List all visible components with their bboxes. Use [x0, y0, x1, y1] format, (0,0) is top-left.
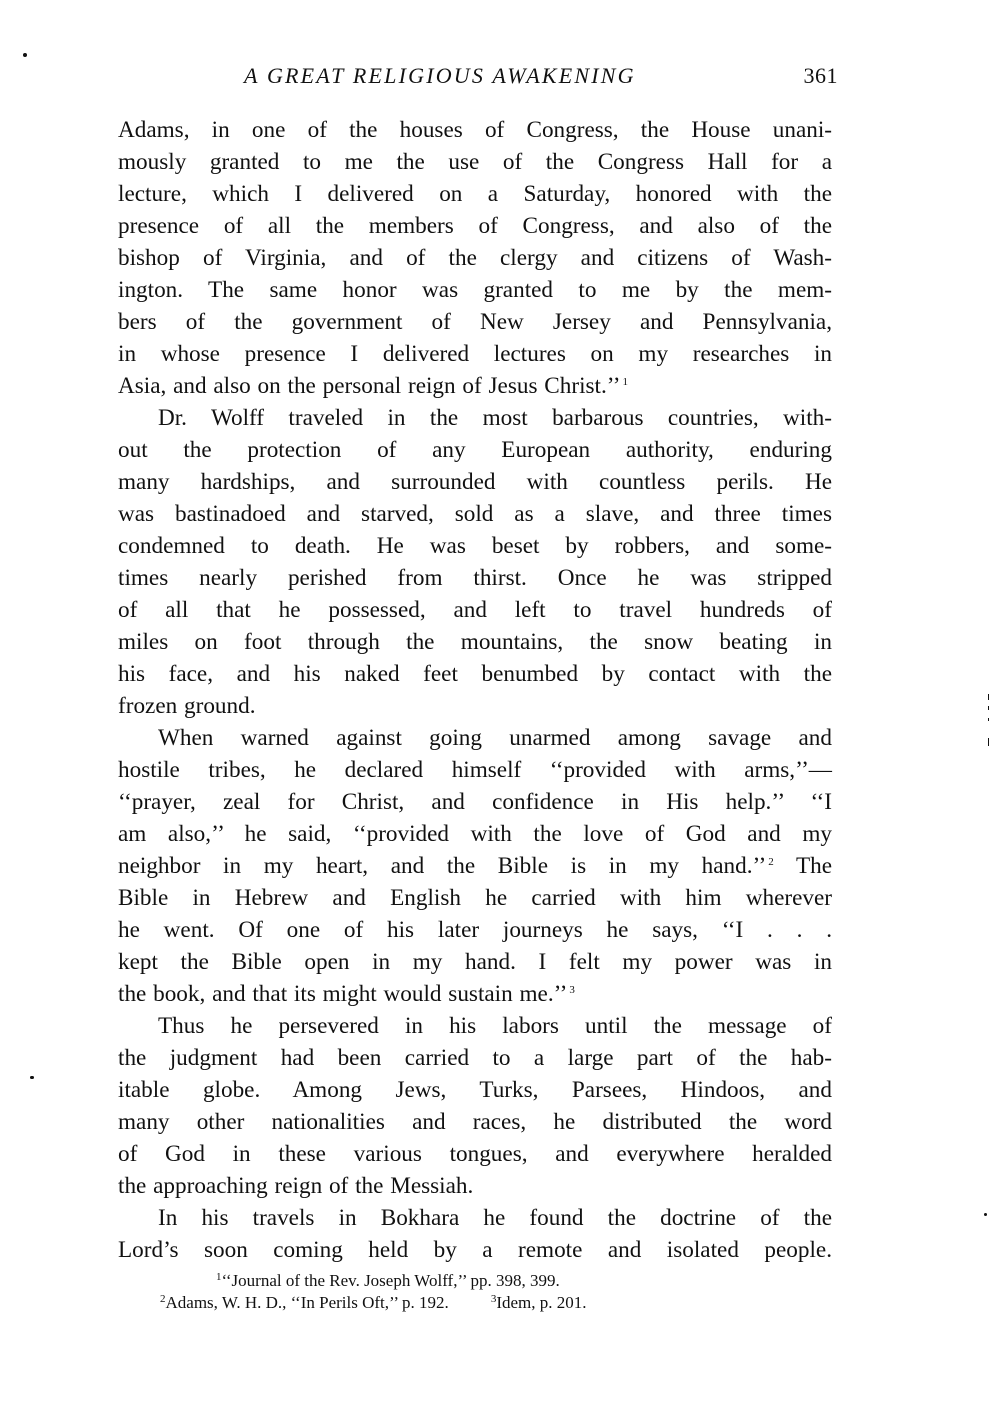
text-segment: Asia, and also on the personal reign of … [118, 373, 621, 399]
page-number: 361 [804, 60, 839, 92]
scan-speck [23, 53, 27, 57]
text-line: kept the Bible open in my hand. I felt m… [118, 946, 832, 978]
scan-speck [984, 1213, 987, 1216]
footnote-1: 1‘‘Journal of the Rev. Joseph Wolff,’’ p… [118, 1270, 832, 1292]
text-line: of all that he possessed, and left to tr… [118, 594, 832, 626]
text-line: neighbor in my heart, and the Bible is i… [118, 850, 832, 882]
footnote-ref: 3 [569, 984, 575, 996]
text-line: When warned against going unarmed among … [118, 722, 832, 754]
text-line: presence of all the members of Congress,… [118, 210, 832, 242]
running-title: A GREAT RELIGIOUS AWAKENING [244, 60, 636, 92]
running-header: A GREAT RELIGIOUS AWAKENING 361 [240, 60, 838, 92]
text-line: was bastinadoed and starved, sold as a s… [118, 498, 832, 530]
paragraph: Adams, in one of the houses of Congress,… [118, 114, 832, 402]
text-line: many other nationalities and races, he d… [118, 1106, 832, 1138]
text-line: the approaching reign of the Messiah. [118, 1170, 832, 1202]
text-line: many hardships, and surrounded with coun… [118, 466, 832, 498]
text-segment: the book, and that its might would susta… [118, 981, 567, 1007]
text-segment: The [796, 853, 832, 879]
text-line: in whose presence I delivered lectures o… [118, 338, 832, 370]
footnote-number: 3 [491, 1293, 497, 1305]
text-line: bers of the government of New Jersey and… [118, 306, 832, 338]
text-line: miles on foot through the mountains, the… [118, 626, 832, 658]
text-line: Bible in Hebrew and English he carried w… [118, 882, 832, 914]
text-line: Dr. Wolff traveled in the most barbarous… [118, 402, 832, 434]
text-line: times nearly perished from thirst. Once … [118, 562, 832, 594]
book-page: A GREAT RELIGIOUS AWAKENING 361 Adams, i… [0, 0, 1000, 1417]
paragraph: Thus he persevered in his labors until t… [118, 1010, 832, 1202]
text-line: In his travels in Bokhara he found the d… [118, 1202, 832, 1234]
text-line: condemned to death. He was beset by robb… [118, 530, 832, 562]
text-line: ington. The same honor was granted to me… [118, 274, 832, 306]
footnote-ref: 1 [623, 376, 629, 388]
text-line: the book, and that its might would susta… [118, 978, 832, 1010]
text-line: am also,’’ he said, ‘‘provided with the … [118, 818, 832, 850]
body-text: Adams, in one of the houses of Congress,… [118, 114, 832, 1266]
text-line: ‘‘prayer, zeal for Christ, and confidenc… [118, 786, 832, 818]
paragraph: Dr. Wolff traveled in the most barbarous… [118, 402, 832, 722]
text-line: frozen ground. [118, 690, 832, 722]
text-line: hostile tribes, he declared himself ‘‘pr… [118, 754, 832, 786]
footnote-text: Adams, W. H. D., ‘‘In Perils Oft,’’ p. 1… [166, 1293, 449, 1312]
paragraph: When warned against going unarmed among … [118, 722, 832, 1010]
text-line: out the protection of any European autho… [118, 434, 832, 466]
text-segment: neighbor in my heart, and the Bible is i… [118, 853, 766, 879]
footnote-number: 1 [216, 1271, 222, 1283]
footnote-number: 2 [160, 1293, 166, 1305]
text-line: his face, and his naked feet benumbed by… [118, 658, 832, 690]
scan-speck [988, 694, 989, 700]
text-line: lecture, which I delivered on a Saturday… [118, 178, 832, 210]
footnote-ref: 2 [768, 856, 774, 868]
text-line: of God in these various tongues, and eve… [118, 1138, 832, 1170]
scan-speck [988, 718, 989, 721]
text-line: Lord’s soon coming held by a remote and … [118, 1234, 832, 1266]
text-line: bishop of Virginia, and of the clergy an… [118, 242, 832, 274]
text-line: he went. Of one of his later journeys he… [118, 914, 832, 946]
scan-speck [988, 706, 989, 710]
text-line: Asia, and also on the personal reign of … [118, 370, 832, 402]
footnotes: 1‘‘Journal of the Rev. Joseph Wolff,’’ p… [118, 1270, 832, 1314]
text-line: Adams, in one of the houses of Congress,… [118, 114, 832, 146]
footnote-text: Idem, p. 201. [496, 1293, 586, 1312]
paragraph: In his travels in Bokhara he found the d… [118, 1202, 832, 1266]
scan-speck [988, 738, 989, 746]
scan-speck [30, 1076, 34, 1079]
text-line: itable globe. Among Jews, Turks, Parsees… [118, 1074, 832, 1106]
footnote-2-3: 2Adams, W. H. D., ‘‘In Perils Oft,’’ p. … [118, 1292, 832, 1314]
text-line: the judgment had been carried to a large… [118, 1042, 832, 1074]
text-line: mously granted to me the use of the Cong… [118, 146, 832, 178]
text-line: Thus he persevered in his labors until t… [118, 1010, 832, 1042]
footnote-text: ‘‘Journal of the Rev. Joseph Wolff,’’ pp… [222, 1271, 560, 1290]
